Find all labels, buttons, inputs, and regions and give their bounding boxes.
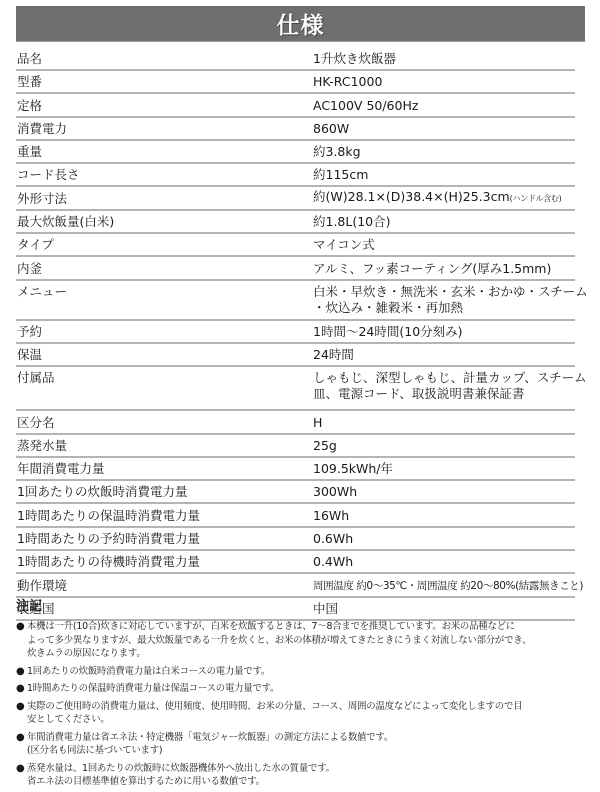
spec-value: 109.5kWh/年 <box>313 461 575 477</box>
spec-header-band: 仕様 <box>16 6 585 42</box>
spec-row-product-name: 品名 1升炊き炊飯器 <box>16 48 575 71</box>
spec-label: 内釜 <box>16 261 313 277</box>
spec-label: 型番 <box>16 74 313 90</box>
spec-row-timer: 予約 1時間～24時間(10分刻み) <box>16 321 575 344</box>
spec-value: 24時間 <box>313 347 575 363</box>
spec-row-type: タイプ マイコン式 <box>16 234 575 257</box>
spec-table: 品名 1升炊き炊飯器 型番 HK-RC1000 定格 AC100V 50/60H… <box>16 48 575 621</box>
spec-value: HK-RC1000 <box>313 74 575 90</box>
bullet-icon: ● <box>16 620 27 661</box>
spec-label: 年間消費電力量 <box>16 461 313 477</box>
spec-label: 1回あたりの炊飯時消費電力量 <box>16 484 313 500</box>
spec-label: メニュー <box>16 284 313 300</box>
notes-heading: 注記 <box>16 598 586 616</box>
spec-row-cooking-energy: 1回あたりの炊飯時消費電力量 300Wh <box>16 481 575 504</box>
spec-label: 予約 <box>16 324 313 340</box>
spec-row-inner-pot: 内釜 アルミ、フッ素コーティング(厚み1.5mm) <box>16 257 575 280</box>
bullet-icon: ● <box>16 682 27 696</box>
spec-value: しゃもじ、深型しゃもじ、計量カップ、スチーム 皿、電源コード、取扱説明書兼保証書 <box>313 370 587 402</box>
spec-value: 約3.8kg <box>313 144 575 160</box>
note-item: ● 年間消費電力量は省エネ法・特定機器「電気ジャー炊飯器」の測定方法による数値で… <box>16 731 586 758</box>
spec-label: 付属品 <box>16 370 313 386</box>
spec-value-line-2: ・炊込み・雑穀米・再加熱 <box>313 300 588 316</box>
spec-row-weight: 重量 約3.8kg <box>16 141 575 164</box>
spec-value: アルミ、フッ素コーティング(厚み1.5mm) <box>313 261 575 277</box>
spec-row-accessories: 付属品 しゃもじ、深型しゃもじ、計量カップ、スチーム 皿、電源コード、取扱説明書… <box>16 367 575 411</box>
spec-row-operating-environment: 動作環境 周囲温度 約0～35℃・周囲温度 約20～80%(結露無きこと) <box>16 574 575 597</box>
note-text: 年間消費電力量は省エネ法・特定機器「電気ジャー炊飯器」の測定方法による数値です。… <box>27 731 586 758</box>
spec-value: 1時間～24時間(10分刻み) <box>313 324 575 340</box>
spec-row-cord-length: コード長さ 約115cm <box>16 164 575 187</box>
spec-label: 消費電力 <box>16 121 313 137</box>
spec-value-main: 約(W)28.1×(D)38.4×(H)25.3cm <box>313 189 510 204</box>
note-text: 実際のご使用時の消費電力量は、使用頻度、使用時間、お米の分量、コース、周囲の温度… <box>27 700 586 727</box>
spec-value: 16Wh <box>313 508 575 524</box>
spec-value-line-1: しゃもじ、深型しゃもじ、計量カップ、スチーム <box>313 370 587 386</box>
spec-value: 白米・早炊き・無洗米・玄米・おかゆ・スチーム ・炊込み・雑穀米・再加熱 <box>313 284 588 316</box>
page-title: 仕様 <box>277 7 325 40</box>
note-text: 1時間あたりの保温時消費電力量は保温コースの電力量です。 <box>27 682 586 696</box>
spec-label: コード長さ <box>16 167 313 183</box>
spec-row-annual-energy: 年間消費電力量 109.5kWh/年 <box>16 458 575 481</box>
spec-value: 0.4Wh <box>313 554 575 570</box>
bullet-icon: ● <box>16 700 27 727</box>
bullet-icon: ● <box>16 665 27 679</box>
spec-value: 1升炊き炊飯器 <box>313 51 575 67</box>
spec-value-note: (ハンドル含む) <box>510 194 562 203</box>
spec-value: AC100V 50/60Hz <box>313 98 575 114</box>
spec-label: 重量 <box>16 144 313 160</box>
spec-value-line-1: 白米・早炊き・無洗米・玄米・おかゆ・スチーム <box>313 284 588 300</box>
note-item: ● 1時間あたりの保温時消費電力量は保温コースの電力量です。 <box>16 682 586 696</box>
spec-value: 約1.8L(10合) <box>313 214 575 230</box>
spec-row-timer-energy: 1時間あたりの予約時消費電力量 0.6Wh <box>16 528 575 551</box>
spec-label: 1時間あたりの保温時消費電力量 <box>16 508 313 524</box>
note-item: ● 蒸発水量は、1回あたりの炊飯時に炊飯器機体外へ放出した水の質量です。 省エネ… <box>16 762 586 789</box>
notes-section: 注記 ● 本機は一升(10合)炊きに対応していますが、白米を炊飯するときは、7～… <box>16 598 586 792</box>
spec-value: 860W <box>313 121 575 137</box>
spec-value: 約115cm <box>313 167 575 183</box>
spec-label: 保温 <box>16 347 313 363</box>
note-text: 蒸発水量は、1回あたりの炊飯時に炊飯器機体外へ放出した水の質量です。 省エネ法の… <box>27 762 586 789</box>
spec-value: H <box>313 415 575 431</box>
note-item: ● 実際のご使用時の消費電力量は、使用頻度、使用時間、お米の分量、コース、周囲の… <box>16 700 586 727</box>
note-item: ● 本機は一升(10合)炊きに対応していますが、白米を炊飯するときは、7～8合ま… <box>16 620 586 661</box>
spec-value: 25g <box>313 438 575 454</box>
spec-label: 区分名 <box>16 415 313 431</box>
spec-row-category: 区分名 H <box>16 411 575 434</box>
bullet-icon: ● <box>16 731 27 758</box>
spec-row-menu: メニュー 白米・早炊き・無洗米・玄米・おかゆ・スチーム ・炊込み・雑穀米・再加熱 <box>16 281 575 321</box>
spec-label: 蒸発水量 <box>16 438 313 454</box>
note-text: 本機は一升(10合)炊きに対応していますが、白米を炊飯するときは、7～8合までを… <box>27 620 586 661</box>
note-item: ● 1回あたりの炊飯時消費電力量は白米コースの電力量です。 <box>16 665 586 679</box>
spec-value: マイコン式 <box>313 237 575 253</box>
spec-value: 300Wh <box>313 484 575 500</box>
spec-value: 約(W)28.1×(D)38.4×(H)25.3cm(ハンドル含む) <box>313 189 575 207</box>
spec-row-keep-warm: 保温 24時間 <box>16 344 575 367</box>
spec-row-standby-energy: 1時間あたりの待機時消費電力量 0.4Wh <box>16 551 575 574</box>
spec-value: 0.6Wh <box>313 531 575 547</box>
spec-row-keep-warm-energy: 1時間あたりの保温時消費電力量 16Wh <box>16 504 575 527</box>
spec-label: 1時間あたりの待機時消費電力量 <box>16 554 313 570</box>
spec-label: 最大炊飯量(白米) <box>16 214 313 230</box>
spec-row-dimensions: 外形寸法 約(W)28.1×(D)38.4×(H)25.3cm(ハンドル含む) <box>16 187 575 210</box>
spec-label: 動作環境 <box>16 578 313 594</box>
bullet-icon: ● <box>16 762 27 789</box>
spec-value: 周囲温度 約0～35℃・周囲温度 約20～80%(結露無きこと) <box>313 578 583 594</box>
spec-label: 品名 <box>16 51 313 67</box>
spec-row-model-number: 型番 HK-RC1000 <box>16 71 575 94</box>
spec-label: タイプ <box>16 237 313 253</box>
spec-row-rating: 定格 AC100V 50/60Hz <box>16 94 575 117</box>
spec-row-power-consumption: 消費電力 860W <box>16 118 575 141</box>
spec-label: 1時間あたりの予約時消費電力量 <box>16 531 313 547</box>
spec-row-max-capacity: 最大炊飯量(白米) 約1.8L(10合) <box>16 211 575 234</box>
spec-label: 定格 <box>16 98 313 114</box>
spec-label: 外形寸法 <box>16 191 313 207</box>
note-text: 1回あたりの炊飯時消費電力量は白米コースの電力量です。 <box>27 665 586 679</box>
spec-row-evaporation: 蒸発水量 25g <box>16 435 575 458</box>
spec-value-line-2: 皿、電源コード、取扱説明書兼保証書 <box>313 386 587 402</box>
